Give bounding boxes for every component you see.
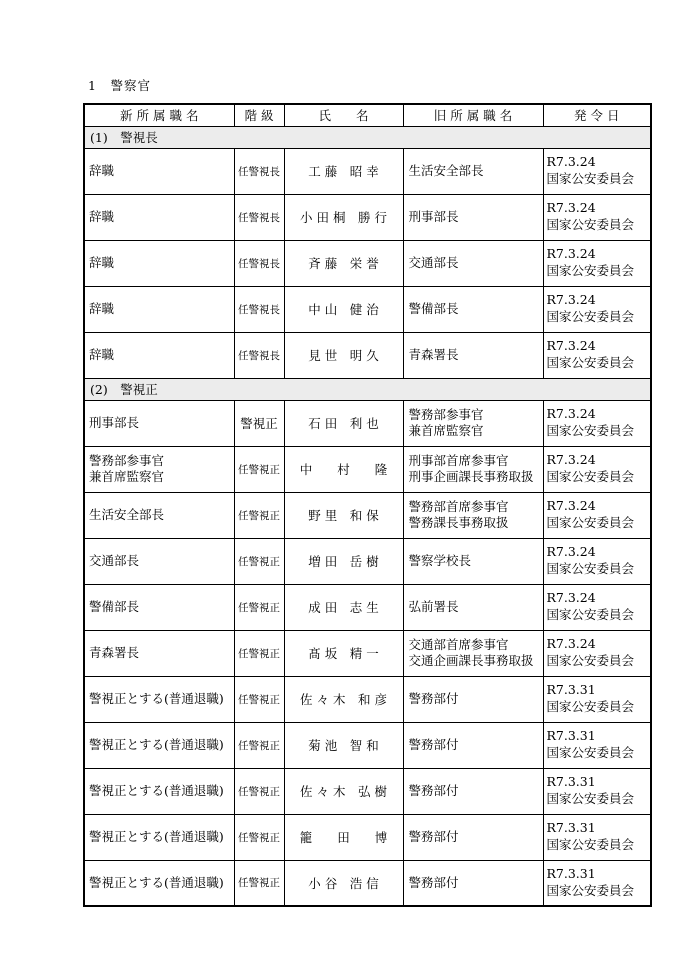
table-row: 警務部参事官兼首席監察官任警視正中 村 隆刑事部首席参事官刑事企画課長事務取扱R…: [84, 446, 651, 492]
table-row: 警視正とする(普通退職)任警視正菊 池 智 和警務部付R7.3.31国家公安委員…: [84, 722, 651, 768]
cell-new-position: 警備部長: [84, 584, 234, 630]
page-title: 1 警察官: [88, 76, 151, 94]
table-row: 交通部長任警視正増 田 岳 樹警察学校長R7.3.24国家公安委員会: [84, 538, 651, 584]
cell-name: 工 藤 昭 幸: [284, 148, 403, 194]
header-row: 新 所 属 職 名 階 級 氏 名 旧 所 属 職 名 発 令 日: [84, 104, 651, 126]
table-row: 辞職任警視長斉 藤 栄 誉交通部長R7.3.24国家公安委員会: [84, 240, 651, 286]
table-row: 警備部長任警視正成 田 志 生弘前署長R7.3.24国家公安委員会: [84, 584, 651, 630]
cell-rank: 任警視正: [234, 446, 284, 492]
cell-rank: 任警視正: [234, 768, 284, 814]
cell-date: R7.3.31国家公安委員会: [543, 722, 651, 768]
cell-name: 佐 々 木 弘 樹: [284, 768, 403, 814]
cell-new-position: 刑事部長: [84, 400, 234, 446]
cell-name: 石 田 利 也: [284, 400, 403, 446]
cell-date: R7.3.31国家公安委員会: [543, 676, 651, 722]
cell-date: R7.3.31国家公安委員会: [543, 860, 651, 906]
cell-name: 佐 々 木 和 彦: [284, 676, 403, 722]
cell-rank: 任警視長: [234, 332, 284, 378]
table-row: 警視正とする(普通退職)任警視正佐 々 木 弘 樹警務部付R7.3.31国家公安…: [84, 768, 651, 814]
cell-rank: 任警視正: [234, 722, 284, 768]
header-rank: 階 級: [234, 104, 284, 126]
personnel-table: 新 所 属 職 名 階 級 氏 名 旧 所 属 職 名 発 令 日 (1) 警視…: [83, 103, 652, 907]
cell-new-position: 警視正とする(普通退職): [84, 722, 234, 768]
cell-date: R7.3.24国家公安委員会: [543, 446, 651, 492]
section-label: (2) 警視正: [84, 378, 651, 400]
cell-rank: 任警視正: [234, 814, 284, 860]
cell-rank: 任警視正: [234, 860, 284, 906]
section-row: (2) 警視正: [84, 378, 651, 400]
cell-name: 籠 田 博: [284, 814, 403, 860]
cell-old-position: 警務部参事官兼首席監察官: [403, 400, 543, 446]
cell-old-position: 警務部付: [403, 860, 543, 906]
cell-name: 野 里 和 保: [284, 492, 403, 538]
header-new-position: 新 所 属 職 名: [84, 104, 234, 126]
cell-date: R7.3.24国家公安委員会: [543, 194, 651, 240]
table-row: 警視正とする(普通退職)任警視正佐 々 木 和 彦警務部付R7.3.31国家公安…: [84, 676, 651, 722]
cell-date: R7.3.24国家公安委員会: [543, 492, 651, 538]
cell-old-position: 交通部長: [403, 240, 543, 286]
table-row: 辞職任警視長工 藤 昭 幸生活安全部長R7.3.24国家公安委員会: [84, 148, 651, 194]
cell-name: 小 谷 浩 信: [284, 860, 403, 906]
cell-name: 増 田 岳 樹: [284, 538, 403, 584]
cell-name: 小 田 桐 勝 行: [284, 194, 403, 240]
cell-date: R7.3.24国家公安委員会: [543, 332, 651, 378]
cell-new-position: 辞職: [84, 286, 234, 332]
cell-name: 中 山 健 治: [284, 286, 403, 332]
cell-date: R7.3.24国家公安委員会: [543, 538, 651, 584]
table-row: 辞職任警視長中 山 健 治警備部長R7.3.24国家公安委員会: [84, 286, 651, 332]
table-row: 青森署長任警視正髙 坂 精 一交通部首席参事官交通企画課長事務取扱R7.3.24…: [84, 630, 651, 676]
table-row: 警視正とする(普通退職)任警視正小 谷 浩 信警務部付R7.3.31国家公安委員…: [84, 860, 651, 906]
table-row: 警視正とする(普通退職)任警視正籠 田 博警務部付R7.3.31国家公安委員会: [84, 814, 651, 860]
cell-new-position: 警視正とする(普通退職): [84, 814, 234, 860]
cell-new-position: 生活安全部長: [84, 492, 234, 538]
table-row: 辞職任警視長見 世 明 久青森署長R7.3.24国家公安委員会: [84, 332, 651, 378]
cell-old-position: 交通部首席参事官交通企画課長事務取扱: [403, 630, 543, 676]
cell-old-position: 警務部付: [403, 814, 543, 860]
cell-new-position: 交通部長: [84, 538, 234, 584]
section-label: (1) 警視長: [84, 126, 651, 148]
cell-date: R7.3.24国家公安委員会: [543, 148, 651, 194]
cell-new-position: 警務部参事官兼首席監察官: [84, 446, 234, 492]
cell-old-position: 刑事部首席参事官刑事企画課長事務取扱: [403, 446, 543, 492]
cell-old-position: 警察学校長: [403, 538, 543, 584]
cell-new-position: 警視正とする(普通退職): [84, 860, 234, 906]
cell-new-position: 辞職: [84, 240, 234, 286]
cell-date: R7.3.24国家公安委員会: [543, 584, 651, 630]
cell-date: R7.3.31国家公安委員会: [543, 768, 651, 814]
cell-old-position: 青森署長: [403, 332, 543, 378]
cell-date: R7.3.24国家公安委員会: [543, 286, 651, 332]
cell-date: R7.3.31国家公安委員会: [543, 814, 651, 860]
cell-name: 髙 坂 精 一: [284, 630, 403, 676]
cell-old-position: 警務部付: [403, 722, 543, 768]
table-body: (1) 警視長辞職任警視長工 藤 昭 幸生活安全部長R7.3.24国家公安委員会…: [84, 126, 651, 906]
cell-new-position: 辞職: [84, 332, 234, 378]
header-old-position: 旧 所 属 職 名: [403, 104, 543, 126]
cell-new-position: 警視正とする(普通退職): [84, 676, 234, 722]
table-row: 辞職任警視長小 田 桐 勝 行刑事部長R7.3.24国家公安委員会: [84, 194, 651, 240]
cell-old-position: 刑事部長: [403, 194, 543, 240]
cell-old-position: 警務部付: [403, 768, 543, 814]
cell-new-position: 警視正とする(普通退職): [84, 768, 234, 814]
cell-rank: 任警視長: [234, 148, 284, 194]
cell-old-position: 警備部長: [403, 286, 543, 332]
cell-rank: 警視正: [234, 400, 284, 446]
cell-old-position: 警務部首席参事官警務課長事務取扱: [403, 492, 543, 538]
cell-name: 成 田 志 生: [284, 584, 403, 630]
header-name: 氏 名: [284, 104, 403, 126]
cell-new-position: 辞職: [84, 194, 234, 240]
cell-name: 菊 池 智 和: [284, 722, 403, 768]
cell-old-position: 警務部付: [403, 676, 543, 722]
cell-rank: 任警視正: [234, 492, 284, 538]
table-row: 生活安全部長任警視正野 里 和 保警務部首席参事官警務課長事務取扱R7.3.24…: [84, 492, 651, 538]
cell-rank: 任警視長: [234, 286, 284, 332]
cell-rank: 任警視長: [234, 240, 284, 286]
cell-name: 斉 藤 栄 誉: [284, 240, 403, 286]
cell-rank: 任警視正: [234, 584, 284, 630]
cell-date: R7.3.24国家公安委員会: [543, 240, 651, 286]
cell-date: R7.3.24国家公安委員会: [543, 630, 651, 676]
cell-name: 見 世 明 久: [284, 332, 403, 378]
cell-rank: 任警視正: [234, 538, 284, 584]
document-page: 1 警察官 新 所 属 職 名 階 級 氏 名 旧 所 属 職 名 発 令 日 …: [0, 0, 680, 961]
cell-old-position: 弘前署長: [403, 584, 543, 630]
cell-date: R7.3.24国家公安委員会: [543, 400, 651, 446]
cell-rank: 任警視正: [234, 676, 284, 722]
table-row: 刑事部長警視正石 田 利 也警務部参事官兼首席監察官R7.3.24国家公安委員会: [84, 400, 651, 446]
cell-new-position: 青森署長: [84, 630, 234, 676]
cell-rank: 任警視長: [234, 194, 284, 240]
header-date: 発 令 日: [543, 104, 651, 126]
section-row: (1) 警視長: [84, 126, 651, 148]
cell-old-position: 生活安全部長: [403, 148, 543, 194]
table-header: 新 所 属 職 名 階 級 氏 名 旧 所 属 職 名 発 令 日: [84, 104, 651, 126]
cell-rank: 任警視正: [234, 630, 284, 676]
cell-name: 中 村 隆: [284, 446, 403, 492]
cell-new-position: 辞職: [84, 148, 234, 194]
